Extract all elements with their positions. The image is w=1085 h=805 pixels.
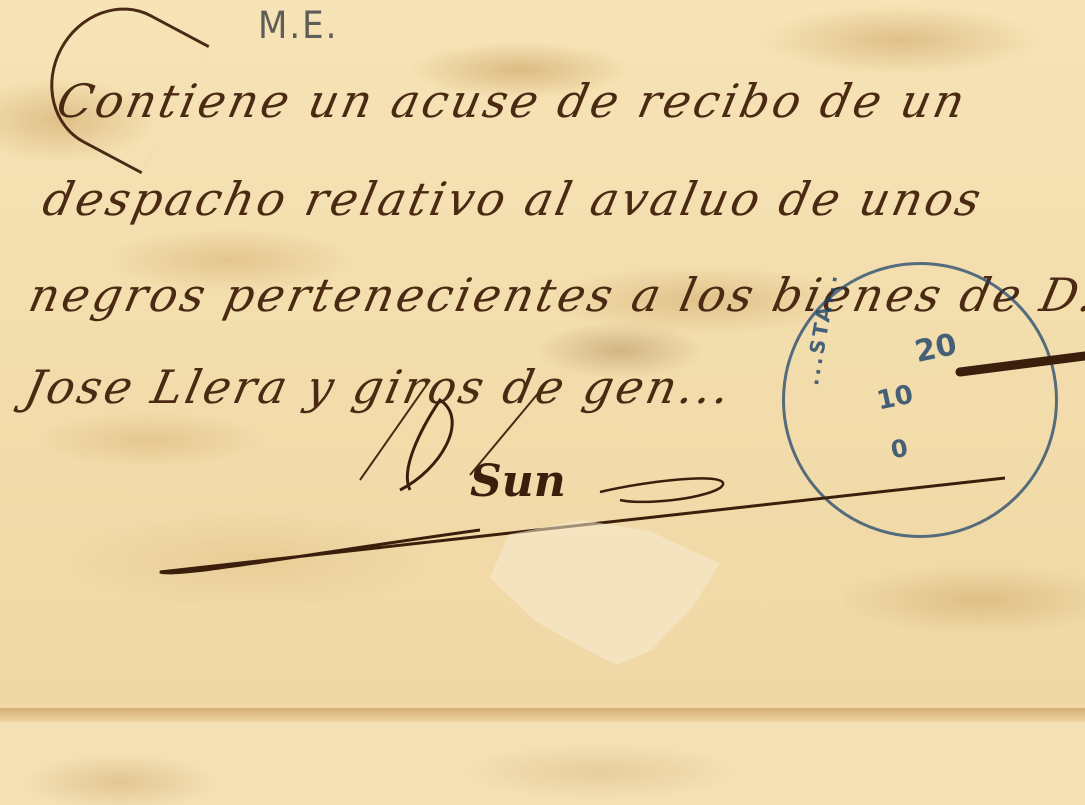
fold-line	[0, 708, 1085, 722]
signature: Sun	[470, 456, 566, 507]
signature-flourish-icon	[0, 0, 1085, 805]
lower-flap	[0, 722, 1085, 805]
document-page: M.E. Contiene un acuse de recibo de un d…	[0, 0, 1085, 805]
